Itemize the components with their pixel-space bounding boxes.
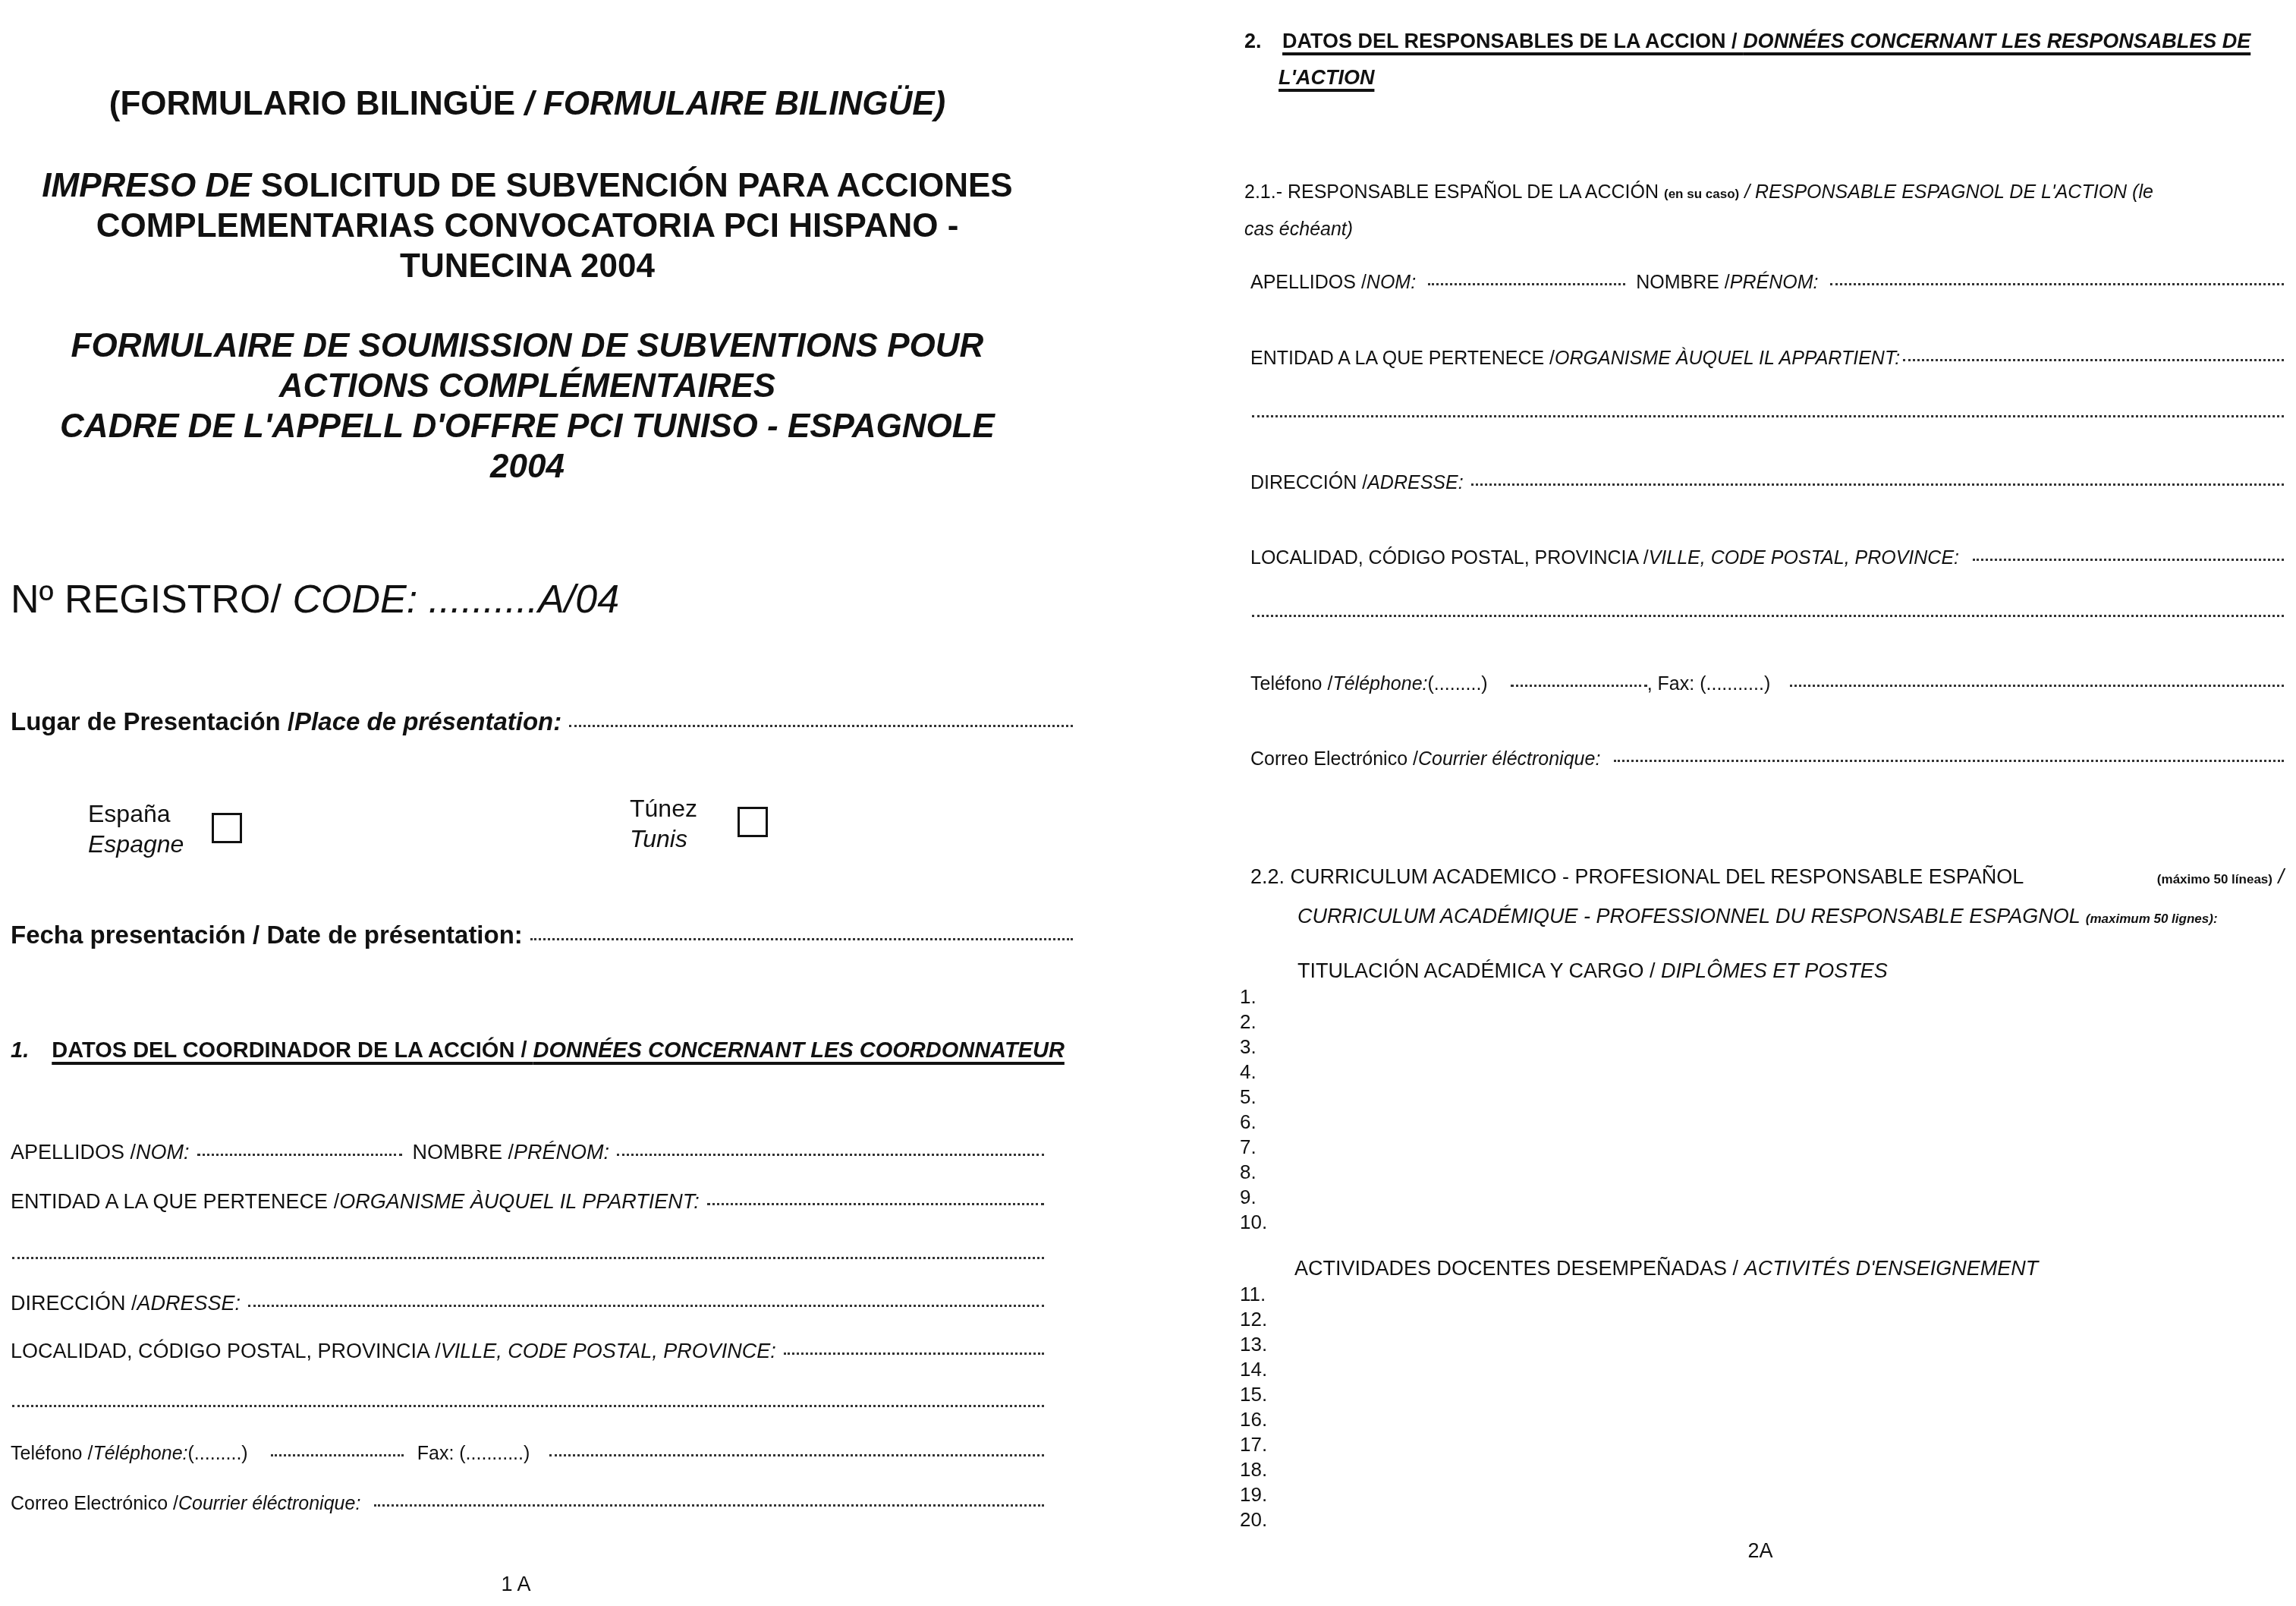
coord-entidad-label-fr: ORGANISME ÀUQUEL IL PPARTIENT: [339, 1190, 700, 1214]
sub21-label-fr-line2: cas échéant) [1244, 212, 2153, 247]
actividades-line-12[interactable]: 12. [1240, 1308, 1267, 1331]
titulacion-line-3[interactable]: 3. [1240, 1035, 1257, 1059]
resp-fax-input[interactable] [1790, 685, 2284, 687]
resp-entidad-row: ENTIDAD A LA QUE PERTENECE / ORGANISME À… [1250, 348, 2284, 370]
coord-entidad-label: ENTIDAD A LA QUE PERTENECE / [11, 1190, 339, 1214]
coord-nombre-label-fr: PRÉNOM: [514, 1141, 609, 1164]
resp-apellidos-label-fr: NOM: [1367, 272, 1416, 294]
resp-telefono-input[interactable] [1511, 685, 1647, 687]
resp-name-row: APELLIDOS / NOM: NOMBRE / PRÉNOM: [1250, 272, 2284, 294]
resp-direccion-row: DIRECCIÓN / ADRESSE: [1250, 472, 2284, 494]
titulacion-line-1[interactable]: 1. [1240, 985, 1257, 1009]
registro-label-fr: CODE: .......... [281, 578, 538, 622]
coord-nombre-label: NOMBRE / [413, 1141, 514, 1164]
resp-direccion-input[interactable] [1471, 483, 2284, 486]
title-es-line2: COMPLEMENTARIAS CONVOCATORIA PCI HISPANO… [0, 206, 1055, 246]
coord-telefono-label-fr: Téléphone: [93, 1443, 187, 1465]
sub21-label: 2.1.- RESPONSABLE ESPAÑOL DE LA ACCIÓN [1244, 181, 1664, 203]
option-tunez-label: Túnez Tunis [630, 793, 697, 854]
resp-telefono-label: Teléfono / [1250, 673, 1332, 695]
option-tunez-fr: Tunis [630, 823, 697, 854]
resp-telefono-area[interactable]: (.........) [1428, 673, 1488, 695]
title-fr-block: FORMULAIRE DE SOUMISSION DE SUBVENTIONS … [0, 326, 1055, 487]
coord-fax-input[interactable] [549, 1454, 1044, 1456]
titulacion-line-9[interactable]: 9. [1240, 1186, 1257, 1209]
titulacion-heading: TITULACIÓN ACADÉMICA Y CARGO / DIPLÔMES … [1297, 959, 1888, 983]
fecha-field[interactable]: Fecha presentación / Date de présentatio… [11, 921, 1073, 949]
coord-telefono-input[interactable] [271, 1454, 404, 1456]
lugar-field[interactable]: Lugar de Presentación / Place de présent… [11, 707, 1073, 736]
actividades-heading: ACTIVIDADES DOCENTES DESEMPEÑADAS / ACTI… [1294, 1257, 2038, 1280]
coord-telefono-area[interactable]: (.........) [188, 1443, 248, 1465]
titulacion-line-10[interactable]: 10. [1240, 1211, 1267, 1234]
coord-correo-input[interactable] [374, 1504, 1044, 1507]
resp-entidad-input-line2[interactable] [1252, 415, 2284, 417]
coord-direccion-row: DIRECCIÓN / ADRESSE: [11, 1292, 1044, 1315]
title-es-line3: TUNECINA 2004 [0, 246, 1055, 286]
section-1-title-es: DATOS DEL COORDINADOR DE LA ACCIÓN / [52, 1038, 533, 1063]
section-2-title-es: DATOS DEL RESPONSABLES DE LA ACCION / [1282, 30, 1743, 52]
title-fr-line2: ACTIONS COMPLÉMENTAIRES [0, 366, 1055, 406]
resp-localidad-input-line2[interactable] [1252, 615, 2284, 617]
actividades-line-13[interactable]: 13. [1240, 1333, 1267, 1356]
section-2-title-fr-line2: L'ACTION [1279, 66, 1374, 89]
titulacion-label: TITULACIÓN ACADÉMICA Y CARGO / [1297, 959, 1661, 982]
resp-localidad-row: LOCALIDAD, CÓDIGO POSTAL, PROVINCIA / VI… [1250, 547, 2284, 569]
page-number-2: 2A [1684, 1539, 1836, 1563]
coord-direccion-input[interactable] [248, 1305, 1044, 1307]
coord-apellidos-label-fr: NOM: [136, 1141, 190, 1164]
option-espana-fr: Espagne [88, 829, 184, 859]
coord-entidad-input[interactable] [707, 1203, 1044, 1205]
coord-apellidos-label: APELLIDOS / [11, 1141, 136, 1164]
coord-localidad-label: LOCALIDAD, CÓDIGO POSTAL, PROVINCIA / [11, 1340, 441, 1363]
coord-telefono-row: Teléfono / Téléphone: (.........) Fax: (… [11, 1443, 1044, 1465]
checkbox-tunez[interactable] [738, 807, 768, 837]
coord-apellidos-input[interactable] [197, 1154, 402, 1156]
resp-localidad-label-fr: VILLE, CODE POSTAL, PROVINCE: [1649, 547, 1959, 569]
title-fr-line3: CADRE DE L'APPELL D'OFFRE PCI TUNISO - E… [0, 406, 1055, 446]
title-es-block: IMPRESO DE SOLICITUD DE SUBVENCIÓN PARA … [0, 165, 1055, 286]
fecha-label: Fecha presentación / Date de présentatio… [11, 921, 523, 949]
resp-telefono-label-fr: Téléphone: [1332, 673, 1427, 695]
title-es-line1: SOLICITUD DE SUBVENCIÓN PARA ACCIONES [252, 167, 1013, 204]
coord-localidad-input-line2[interactable] [12, 1405, 1044, 1407]
titulacion-line-5[interactable]: 5. [1240, 1085, 1257, 1109]
section-1-title: DATOS DEL COORDINADOR DE LA ACCIÓN / DON… [52, 1038, 1065, 1063]
title-es: (FORMULARIO BILINGÜE [109, 85, 515, 122]
sub22-line1-sep: / [2272, 865, 2284, 888]
checkbox-espana[interactable] [212, 813, 242, 843]
actividades-line-11[interactable]: 11. [1240, 1283, 1266, 1306]
actividades-line-15[interactable]: 15. [1240, 1383, 1267, 1406]
resp-correo-row: Correo Electrónico / Courrier éléctroniq… [1250, 748, 2284, 770]
sub21-label-fr: RESPONSABLE ESPAGNOL DE L'ACTION (le [1755, 181, 2153, 203]
coord-name-row: APELLIDOS / NOM: NOMBRE / PRÉNOM: [11, 1141, 1044, 1164]
actividades-label: ACTIVIDADES DOCENTES DESEMPEÑADAS / [1294, 1257, 1744, 1280]
option-espana-label: España Espagne [88, 798, 184, 859]
resp-nombre-input[interactable] [1830, 283, 2284, 285]
coord-localidad-label-fr: VILLE, CODE POSTAL, PROVINCE: [441, 1340, 776, 1363]
coord-correo-row: Correo Electrónico / Courrier éléctroniq… [11, 1493, 1044, 1515]
title-sep: / [515, 85, 543, 122]
option-tunez-es: Túnez [630, 793, 697, 823]
section-1-title-fr: DONNÉES CONCERNANT LES COORDONNATEUR [533, 1038, 1065, 1063]
titulacion-line-6[interactable]: 6. [1240, 1110, 1257, 1134]
resp-entidad-label-fr: ORGANISME ÀUQUEL IL APPARTIENT: [1555, 348, 1900, 370]
actividades-line-20[interactable]: 20. [1240, 1508, 1267, 1532]
coord-telefono-label: Teléfono / [11, 1443, 93, 1465]
page-number-1: 1 A [440, 1573, 592, 1596]
title-fr: FORMULAIRE BILINGÜE) [543, 85, 945, 122]
subsection-2-2-heading: 2.2. CURRICULUM ACADEMICO - PROFESIONAL … [1250, 858, 2284, 937]
fecha-input-line[interactable] [530, 938, 1073, 940]
resp-fax-label[interactable]: , Fax: (...........) [1647, 673, 1771, 695]
coord-direccion-label-fr: ADRESSE: [137, 1292, 241, 1315]
sub21-note: (en su caso) [1664, 187, 1739, 201]
title-es-prefix: IMPRESO DE [42, 167, 251, 204]
resp-apellidos-input[interactable] [1428, 283, 1625, 285]
coord-nombre-input[interactable] [617, 1154, 1044, 1156]
sub22-line2-note: (maximum 50 lignes): [2086, 912, 2218, 926]
resp-direccion-label-fr: ADRESSE: [1367, 472, 1463, 494]
coord-correo-label-fr: Courrier éléctronique: [178, 1493, 360, 1515]
coord-localidad-row: LOCALIDAD, CÓDIGO POSTAL, PROVINCIA / VI… [11, 1340, 1044, 1363]
actividades-line-17[interactable]: 17. [1240, 1433, 1267, 1456]
actividades-label-fr: ACTIVITÉS D'ENSEIGNEMENT [1744, 1257, 2039, 1280]
coord-correo-label: Correo Electrónico / [11, 1493, 178, 1515]
section-2-heading: 2. DATOS DEL RESPONSABLES DE LA ACCION /… [1244, 23, 2250, 96]
resp-telefono-row: Teléfono / Téléphone: (.........) , Fax:… [1250, 673, 2284, 695]
sub21-sep: / [1739, 181, 1755, 203]
sub22-line2: CURRICULUM ACADÉMIQUE - PROFESSIONNEL DU… [1297, 905, 2086, 927]
resp-nombre-label-fr: PRÉNOM: [1730, 272, 1819, 294]
form-bilingual-title: (FORMULARIO BILINGÜE / FORMULAIRE BILING… [0, 83, 1055, 124]
titulacion-label-fr: DIPLÔMES ET POSTES [1661, 959, 1888, 982]
section-2-title: DATOS DEL RESPONSABLES DE LA ACCION / DO… [1282, 30, 2250, 52]
lugar-label-fr: Place de présentation: [294, 707, 561, 736]
resp-localidad-label: LOCALIDAD, CÓDIGO POSTAL, PROVINCIA / [1250, 547, 1649, 569]
title-fr-line1: FORMULAIRE DE SOUMISSION DE SUBVENTIONS … [0, 326, 1055, 366]
actividades-line-16[interactable]: 16. [1240, 1408, 1267, 1431]
coord-direccion-label: DIRECCIÓN / [11, 1292, 137, 1315]
sub22-line1: 2.2. CURRICULUM ACADEMICO - PROFESIONAL … [1250, 858, 2024, 898]
titulacion-line-8[interactable]: 8. [1240, 1160, 1257, 1184]
actividades-line-18[interactable]: 18. [1240, 1458, 1267, 1482]
coord-localidad-input[interactable] [784, 1353, 1044, 1355]
registro-label: Nº REGISTRO/ [11, 578, 281, 622]
resp-entidad-label: ENTIDAD A LA QUE PERTENECE / [1250, 348, 1555, 370]
resp-correo-label-fr: Courrier éléctronique: [1418, 748, 1600, 770]
resp-localidad-input[interactable] [1973, 559, 2284, 561]
resp-correo-input[interactable] [1614, 760, 2284, 762]
resp-direccion-label: DIRECCIÓN / [1250, 472, 1367, 494]
resp-entidad-input[interactable] [1903, 359, 2284, 361]
coord-fax-label[interactable]: Fax: (...........) [417, 1443, 530, 1465]
subsection-2-1-heading: 2.1.- RESPONSABLE ESPAÑOL DE LA ACCIÓN (… [1244, 175, 2153, 247]
section-2-title-fr: DONNÉES CONCERNANT LES RESPONSABLES DE [1743, 30, 2250, 52]
actividades-line-19[interactable]: 19. [1240, 1483, 1267, 1507]
titulacion-line-2[interactable]: 2. [1240, 1010, 1257, 1034]
section-1-heading: 1. DATOS DEL COORDINADOR DE LA ACCIÓN / … [11, 1038, 1065, 1063]
section-2-number: 2. [1244, 30, 1262, 52]
resp-nombre-label: NOMBRE / [1636, 272, 1730, 294]
coord-entidad-input-line2[interactable] [12, 1257, 1044, 1259]
lugar-label: Lugar de Presentación / [11, 707, 294, 736]
resp-correo-label: Correo Electrónico / [1250, 748, 1418, 770]
option-espana-es: España [88, 798, 184, 829]
actividades-line-14[interactable]: 14. [1240, 1358, 1267, 1381]
titulacion-line-4[interactable]: 4. [1240, 1060, 1257, 1084]
title-fr-line4: 2004 [0, 446, 1055, 487]
section-1-number: 1. [11, 1038, 29, 1063]
registro-code-value[interactable]: A/04 [538, 578, 619, 622]
lugar-input-line[interactable] [569, 725, 1073, 727]
sub22-line1-note: (máximo 50 líneas) [2157, 872, 2272, 886]
titulacion-line-7[interactable]: 7. [1240, 1135, 1257, 1159]
coord-entidad-row: ENTIDAD A LA QUE PERTENECE / ORGANISME À… [11, 1190, 1044, 1214]
registration-code: Nº REGISTRO/ CODE: ..........A/04 [11, 577, 619, 622]
resp-apellidos-label: APELLIDOS / [1250, 272, 1367, 294]
